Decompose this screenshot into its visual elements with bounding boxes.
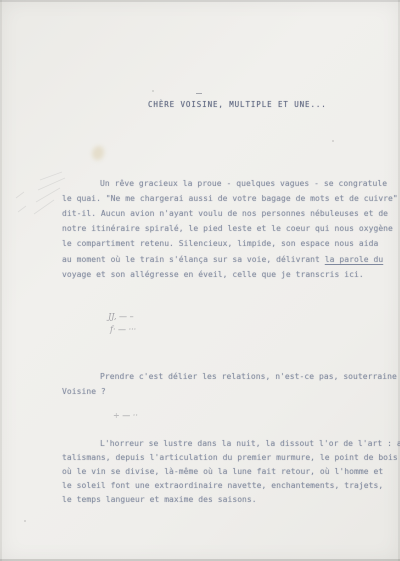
paper-speck	[152, 90, 154, 92]
paragraph1-line2: le quai. "Ne me chargerai aussi de votre…	[62, 194, 398, 204]
paragraph3-line3: où le vin se divise, là-même où la lune …	[62, 467, 383, 477]
paragraph2-line1: Prendre c'est délier les relations, n'es…	[100, 372, 397, 382]
scanned-document-page: CHÈRE VOISINE, MULTIPLE ET UNE... Un rêv…	[0, 0, 400, 561]
divider-mark-1a: JJ, — –	[108, 312, 134, 321]
paragraph1-line3: dit-il. Aucun avion n'ayant voulu de nos…	[62, 209, 388, 219]
paragraph1-line6-text: au moment où le train s'élança sur sa vo…	[62, 255, 325, 264]
paragraph3-line4: le soleil font une extraordinaire navett…	[62, 481, 383, 491]
underlined-phrase: la parole du	[325, 255, 383, 264]
paragraph1-line6: au moment où le train s'élança sur sa vo…	[62, 255, 383, 265]
scan-edge-top	[0, 0, 400, 2]
paragraph1-line1: Un rêve gracieux la proue - quelques vag…	[100, 179, 387, 189]
title-accent-mark	[196, 93, 202, 94]
document-title: CHÈRE VOISINE, MULTIPLE ET UNE...	[148, 100, 327, 110]
paragraph2-line2: Voisine ?	[62, 387, 106, 397]
paragraph1-line5: le compartiment retenu. Silencieux, limp…	[62, 239, 378, 249]
paper-speck	[332, 140, 334, 142]
paper-stain	[92, 146, 104, 160]
paragraph1-line7: voyage et son allégresse en éveil, celle…	[62, 270, 364, 280]
paragraph3-line1: L'horreur se lustre dans la nuit, la dis…	[100, 439, 400, 449]
paper-speck	[24, 520, 26, 522]
scan-edge-left	[0, 0, 2, 561]
paragraph3-line5: le temps langueur et maxime des saisons.	[62, 495, 257, 505]
divider-mark-2: ÷ — ··	[113, 411, 138, 420]
paragraph3-line2: talismans, depuis l'articulation du prem…	[62, 453, 398, 463]
paragraph1-line4: notre itinéraire spiralé, le pied leste …	[62, 224, 393, 234]
divider-mark-1b: f· — ···	[110, 325, 136, 334]
